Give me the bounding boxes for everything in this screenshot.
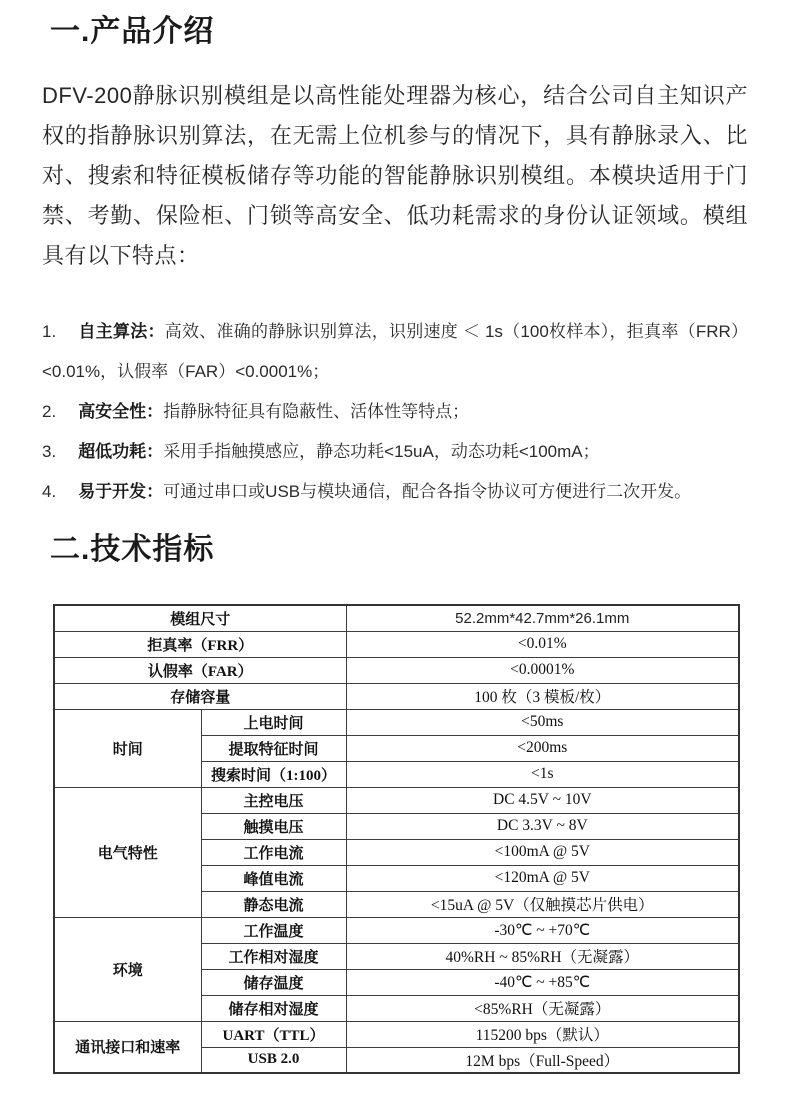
table-row: 时间 上电时间 <50ms xyxy=(54,709,739,735)
spec-label-cell: 工作温度 xyxy=(201,917,346,943)
feature-list: 1.自主算法：高效、准确的静脉识别算法，识别速度 ＜ 1s（100枚样本），拒真… xyxy=(42,312,748,512)
spec-label-cell: 工作相对湿度 xyxy=(201,943,346,969)
spec-label-cell: 模组尺寸 xyxy=(54,605,346,631)
spec-label-cell: 储存温度 xyxy=(201,969,346,995)
spec-value-cell: <85%RH（无凝露） xyxy=(346,995,739,1021)
feature-text: 采用手指触摸感应，静态功耗<15uA，动态功耗<100mA； xyxy=(163,442,599,461)
feature-number: 2. xyxy=(42,392,56,432)
spec-label-cell: UART（TTL） xyxy=(201,1021,346,1047)
spec-value-cell: DC 4.5V ~ 10V xyxy=(346,787,739,813)
feature-item-3: 3.超低功耗：采用手指触摸感应，静态功耗<15uA，动态功耗<100mA； xyxy=(42,432,748,472)
spec-label-cell: 拒真率（FRR） xyxy=(54,631,346,657)
spec-group-cell: 环境 xyxy=(54,917,201,1021)
spec-value-cell: <0.0001% xyxy=(346,657,739,683)
spec-value-cell: <1s xyxy=(346,761,739,787)
spec-label-cell: 静态电流 xyxy=(201,891,346,917)
table-row: 电气特性 主控电压 DC 4.5V ~ 10V xyxy=(54,787,739,813)
spec-value-cell: -40℃ ~ +85℃ xyxy=(346,969,739,995)
spec-label-cell: 储存相对湿度 xyxy=(201,995,346,1021)
table-row: 通讯接口和速率 UART（TTL） 115200 bps（默认） xyxy=(54,1021,739,1047)
table-row: 环境 工作温度 -30℃ ~ +70℃ xyxy=(54,917,739,943)
spec-table: 模组尺寸 52.2mm*42.7mm*26.1mm 拒真率（FRR） <0.01… xyxy=(53,604,740,1074)
spec-label-cell: 认假率（FAR） xyxy=(54,657,346,683)
spec-value-cell: <200ms xyxy=(346,735,739,761)
section2-heading: 二.技术指标 xyxy=(50,532,748,568)
feature-number: 1. xyxy=(42,312,56,352)
spec-value-cell: <0.01% xyxy=(346,631,739,657)
spec-value-cell: <50ms xyxy=(346,709,739,735)
feature-number: 4. xyxy=(42,472,56,512)
spec-value-cell: 100 枚（3 模板/枚） xyxy=(346,683,739,709)
feature-label: 自主算法： xyxy=(78,322,165,341)
spec-label-cell: 上电时间 xyxy=(201,709,346,735)
feature-label: 高安全性： xyxy=(78,402,163,421)
feature-item-4: 4.易于开发：可通过串口或USB与模块通信，配合各指令协议可方便进行二次开发。 xyxy=(42,472,748,512)
spec-label-cell: 存储容量 xyxy=(54,683,346,709)
spec-value-cell: <100mA @ 5V xyxy=(346,839,739,865)
intro-paragraph: DFV-200静脉识别模组是以高性能处理器为核心，结合公司自主知识产权的指静脉识… xyxy=(42,76,748,276)
spec-label-cell: 触摸电压 xyxy=(201,813,346,839)
spec-value-cell: DC 3.3V ~ 8V xyxy=(346,813,739,839)
spec-value-cell: 115200 bps（默认） xyxy=(346,1021,739,1047)
spec-value-cell: 52.2mm*42.7mm*26.1mm xyxy=(346,605,739,631)
spec-group-cell: 电气特性 xyxy=(54,787,201,917)
spec-label-cell: 主控电压 xyxy=(201,787,346,813)
spec-label-cell: 工作电流 xyxy=(201,839,346,865)
spec-value-cell: -30℃ ~ +70℃ xyxy=(346,917,739,943)
table-row: 模组尺寸 52.2mm*42.7mm*26.1mm xyxy=(54,605,739,631)
spec-value-cell: <120mA @ 5V xyxy=(346,865,739,891)
table-row: 存储容量 100 枚（3 模板/枚） xyxy=(54,683,739,709)
feature-label: 易于开发： xyxy=(78,482,163,501)
section1-heading: 一.产品介绍 xyxy=(50,14,748,50)
table-row: 认假率（FAR） <0.0001% xyxy=(54,657,739,683)
spec-label-cell: 峰值电流 xyxy=(201,865,346,891)
spec-label-cell: USB 2.0 xyxy=(201,1047,346,1073)
spec-label-cell: 搜索时间（1:100） xyxy=(201,761,346,787)
feature-text: 指静脉特征具有隐蔽性、活体性等特点； xyxy=(163,402,469,421)
spec-label-cell: 提取特征时间 xyxy=(201,735,346,761)
table-row: 拒真率（FRR） <0.01% xyxy=(54,631,739,657)
spec-value-cell: <15uA @ 5V（仅触摸芯片供电） xyxy=(346,891,739,917)
feature-text: 可通过串口或USB与模块通信，配合各指令协议可方便进行二次开发。 xyxy=(163,482,691,501)
feature-item-2: 2.高安全性：指静脉特征具有隐蔽性、活体性等特点； xyxy=(42,392,748,432)
feature-number: 3. xyxy=(42,432,56,472)
spec-group-cell: 通讯接口和速率 xyxy=(54,1021,201,1073)
feature-label: 超低功耗： xyxy=(78,442,163,461)
feature-item-1: 1.自主算法：高效、准确的静脉识别算法，识别速度 ＜ 1s（100枚样本），拒真… xyxy=(42,312,748,392)
spec-value-cell: 40%RH ~ 85%RH（无凝露） xyxy=(346,943,739,969)
spec-value-cell: 12M bps（Full-Speed） xyxy=(346,1047,739,1073)
document-page: 一.产品介绍 DFV-200静脉识别模组是以高性能处理器为核心，结合公司自主知识… xyxy=(0,0,790,1120)
spec-group-cell: 时间 xyxy=(54,709,201,787)
